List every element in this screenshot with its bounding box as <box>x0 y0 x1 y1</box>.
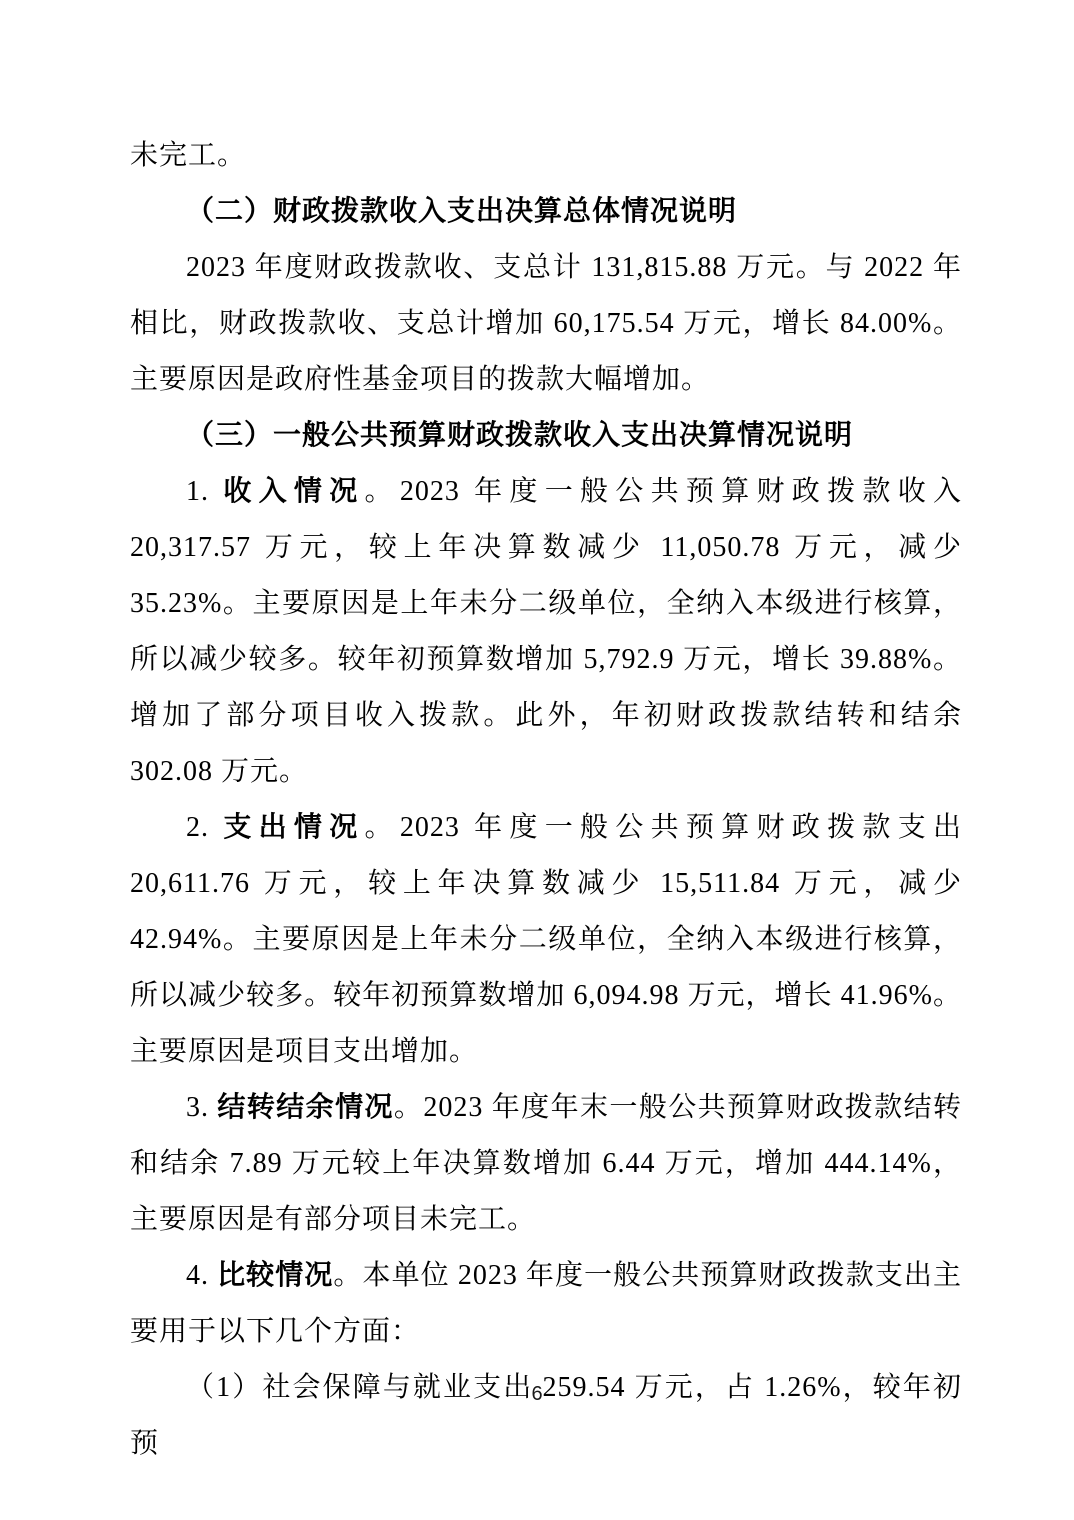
page-number: 6 <box>531 1383 542 1405</box>
text-run: 未完工。 <box>130 140 246 171</box>
document-body: 未完工。 （二）财政拨款收入支出决算总体情况说明 2023 年度财政拨款收、支总… <box>130 128 962 1472</box>
paragraph-expenditure: 2. 支出情况。2023 年度一般公共预算财政拨款支出 20,611.76 万元… <box>130 800 962 1080</box>
paragraph-comparison: 4. 比较情况。本单位 2023 年度一般公共预算财政拨款支出主要用于以下几个方… <box>130 1248 962 1360</box>
text-run: 。2023 年度一般公共预算财政拨款支出 20,611.76 万元，较上年决算数… <box>130 812 962 1067</box>
document-page: 未完工。 （二）财政拨款收入支出决算总体情况说明 2023 年度财政拨款收、支总… <box>0 0 1074 1520</box>
paragraph-social-security-item: （1）社会保障与就业支出 259.54 万元，占 1.26%，较年初预 <box>130 1360 962 1472</box>
section-heading-ii: （二）财政拨款收入支出决算总体情况说明 <box>130 184 962 240</box>
text-run-emphasis: 比较情况 <box>217 1260 333 1291</box>
page-footer: 6 <box>0 1380 1074 1408</box>
text-run: 2023 年度财政拨款收、支总计 131,815.88 万元。与 2022 年相… <box>130 252 962 395</box>
paragraph-income: 1. 收入情况。2023 年度一般公共预算财政拨款收入 20,317.57 万元… <box>130 464 962 800</box>
text-run: （二）财政拨款收入支出决算总体情况说明 <box>186 196 737 227</box>
text-run: 。2023 年度一般公共预算财政拨款收入 20,317.57 万元，较上年决算数… <box>130 476 962 787</box>
text-run: （三）一般公共预算财政拨款收入支出决算情况说明 <box>186 420 853 451</box>
text-run-emphasis: 支出情况 <box>223 812 364 843</box>
section-heading-iii: （三）一般公共预算财政拨款收入支出决算情况说明 <box>130 408 962 464</box>
text-run: 1. <box>186 476 223 507</box>
paragraph-continuation: 未完工。 <box>130 128 962 184</box>
text-run: 4. <box>186 1260 217 1291</box>
paragraph-overall-summary: 2023 年度财政拨款收、支总计 131,815.88 万元。与 2022 年相… <box>130 240 962 408</box>
text-run-emphasis: 结转结余情况 <box>217 1092 394 1123</box>
text-run-emphasis: 收入情况 <box>223 476 364 507</box>
text-run: 2. <box>186 812 223 843</box>
text-run: 3. <box>186 1092 217 1123</box>
paragraph-carryover: 3. 结转结余情况。2023 年度年末一般公共预算财政拨款结转和结余 7.89 … <box>130 1080 962 1248</box>
